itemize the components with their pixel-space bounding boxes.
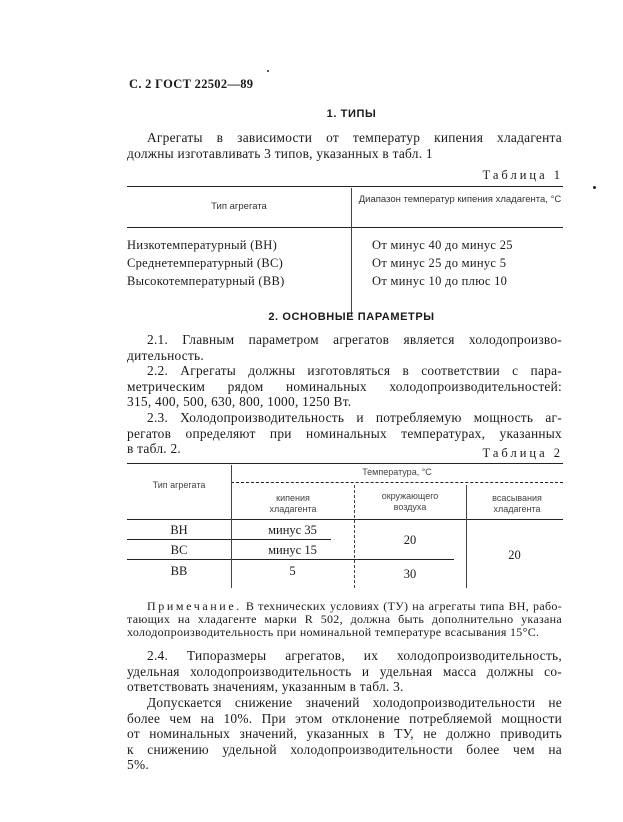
table2-cell-boiling: минус 15: [231, 543, 354, 558]
table2-subheader-suction: всасывания хладагента: [482, 493, 552, 514]
table1-top-rule: [127, 186, 563, 187]
paragraph-tolerance: Допускается снижение значений холодопрои…: [127, 695, 562, 773]
paragraph-2-4: 2.4. Типоразмеры агрегатов, их холодопро…: [127, 648, 562, 695]
table1-cell-range: От минус 25 до минус 5: [372, 256, 506, 271]
table1-header-range: Диапазон температур кипения хладагента, …: [357, 194, 563, 205]
table1-cell-type: Высокотемпературный (ВВ): [127, 274, 285, 289]
table1-cell-type: Низкотемпературный (ВН): [127, 238, 277, 253]
paragraph-2-1: 2.1. Главным параметром агрегатов являет…: [127, 332, 562, 363]
table2-header-type: Тип агрегата: [127, 480, 231, 491]
intro-paragraph: Агрегаты в зависимости от температур кип…: [127, 130, 562, 161]
table1-cell-range: От минус 10 до плюс 10: [372, 274, 507, 289]
section-title-types: 1. ТИПЫ: [40, 108, 623, 120]
table2-cell-ambient-merged: 20: [354, 533, 466, 548]
table2-cell-ambient: 30: [354, 567, 466, 582]
table1-column-divider: [351, 188, 352, 316]
table2-row-rule: [127, 559, 454, 560]
scan-speck: [267, 70, 269, 72]
table2-top-rule: [127, 463, 563, 464]
table2-subheader-boiling: кипения хладагента: [263, 493, 323, 514]
table1-cell-type: Среднетемпературный (ВС): [127, 256, 283, 271]
table2-header-temperature: Температура, °С: [231, 467, 563, 478]
document-page: С. 2 ГОСТ 22502—89 1. ТИПЫ Агрегаты в за…: [0, 0, 623, 822]
table2-cell-boiling: 5: [231, 564, 354, 579]
table2-cell-type: ВН: [127, 523, 231, 538]
table-1: Тип агрегата Диапазон температур кипения…: [127, 186, 563, 316]
table2-row-rule: [127, 539, 331, 540]
table2-cell-type: ВВ: [127, 564, 231, 579]
table1-header-type: Тип агрегата: [127, 201, 351, 212]
table1-caption: Таблица 1: [483, 168, 563, 183]
section-title-main-parameters: 2. ОСНОВНЫЕ ПАРАМЕТРЫ: [40, 311, 623, 323]
table2-cell-boiling: минус 35: [231, 523, 354, 538]
table-2: Тип агрегата Температура, °С кипения хла…: [127, 463, 563, 588]
table2-subheader-ambient: окружающего воздуха: [370, 491, 450, 512]
table2-header-rule: [127, 519, 563, 520]
table2-caption: Таблица 2: [483, 446, 563, 461]
table1-header-rule: [127, 227, 563, 228]
table1-cell-range: От минус 40 до минус 25: [372, 238, 513, 253]
table2-note: Примечание. В технических условиях (ТУ) …: [127, 600, 562, 640]
page-header: С. 2 ГОСТ 22502—89: [129, 77, 253, 92]
paragraph-2-2: 2.2. Агрегаты должны изготовляться в соо…: [127, 363, 562, 410]
table2-group-rule: [231, 482, 563, 483]
table2-cell-type: ВС: [127, 543, 231, 558]
table2-divider: [466, 485, 467, 588]
scan-speck: [593, 186, 596, 189]
note-label: Примечание.: [147, 599, 242, 613]
table2-cell-suction-merged: 20: [466, 548, 563, 563]
